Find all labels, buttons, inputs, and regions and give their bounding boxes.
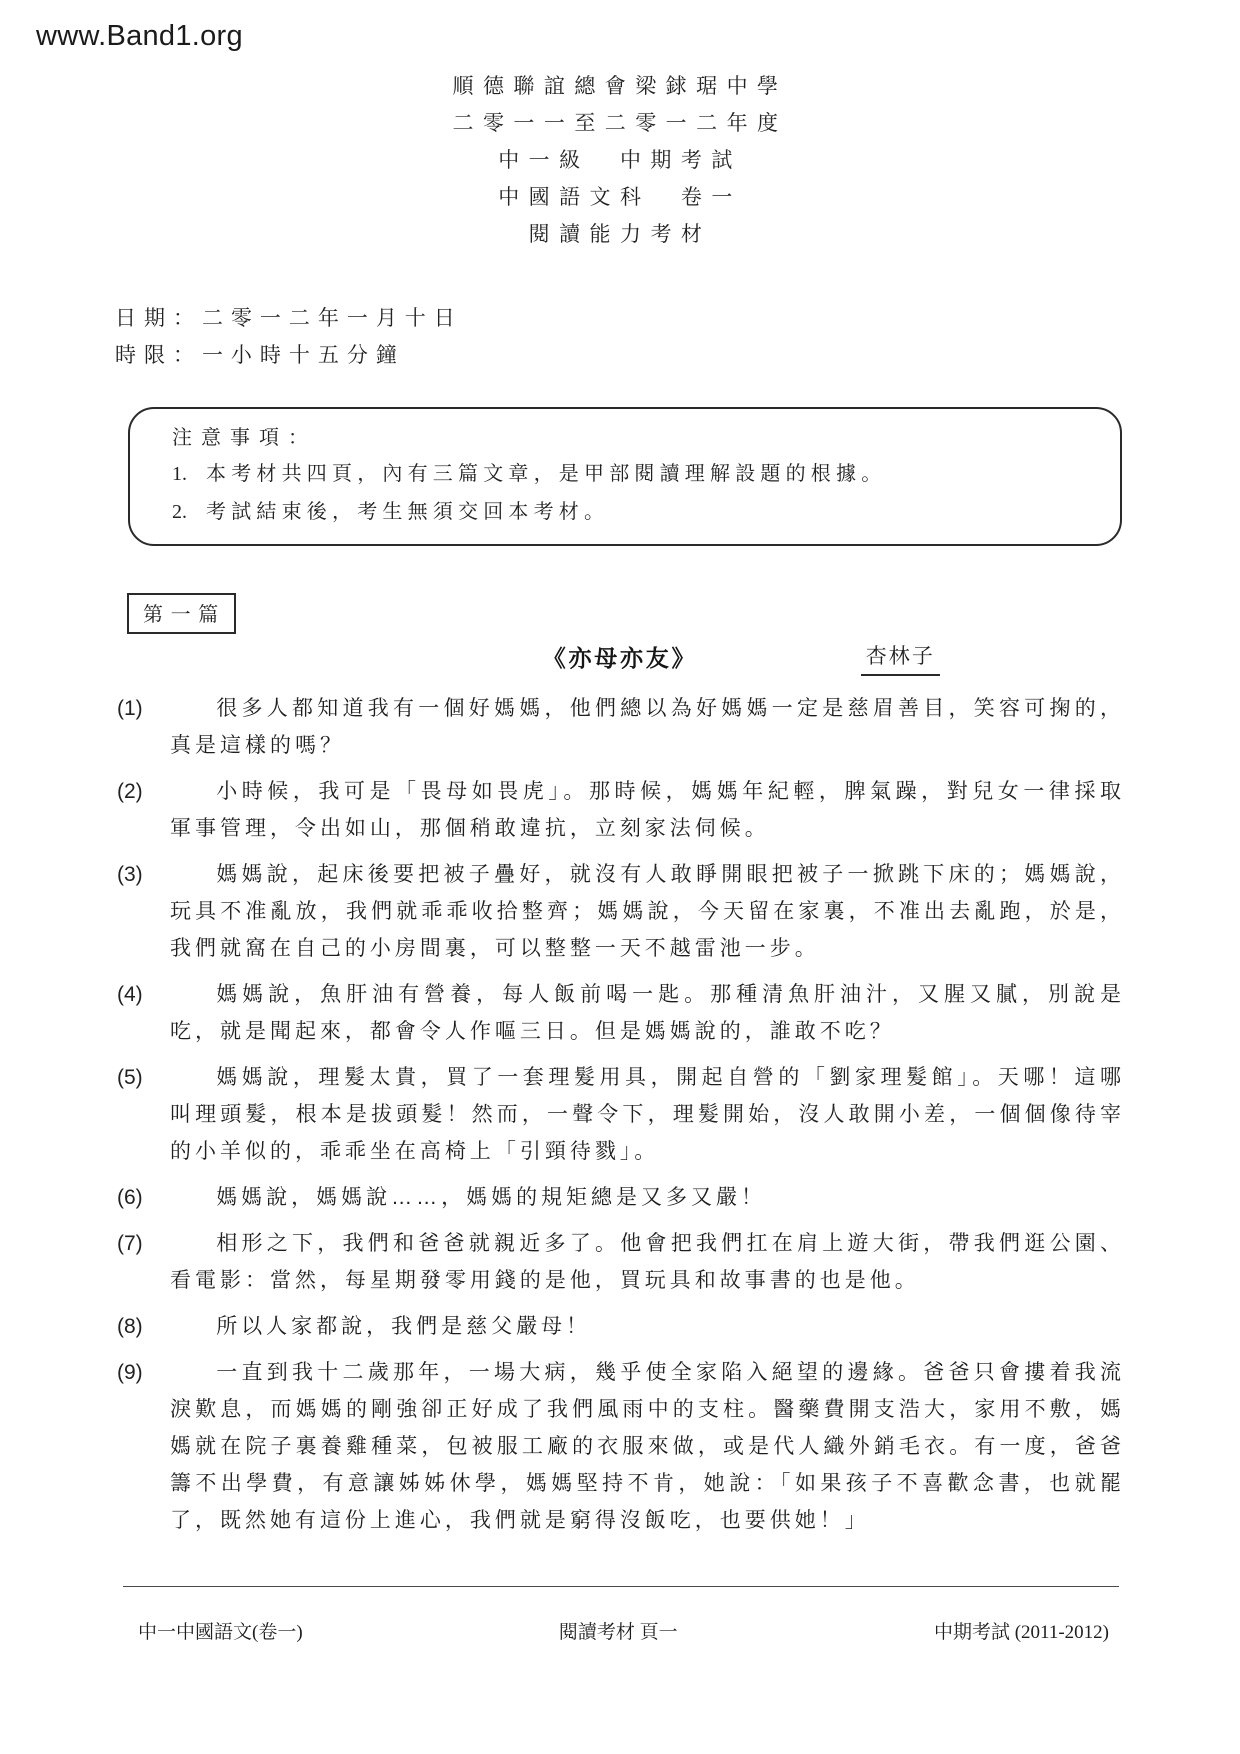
paragraph-text: 媽媽說，媽媽說……，媽媽的規矩總是又多又嚴！ — [170, 1179, 1125, 1216]
notice-item-text: 本考材共四頁，內有三篇文章，是甲部閱讀理解設題的根據。 — [206, 463, 886, 485]
subject-paper-line: 中國語文科 卷一 — [0, 179, 1240, 216]
paragraph-number: (2) — [117, 773, 143, 810]
article-title-row: 《亦母亦友》 杏林子 — [115, 640, 1125, 682]
school-year-line: 二零一一至二零一二年度 — [0, 105, 1240, 142]
paragraph: (1) 很多人都知道我有一個好媽媽，他們總以為好媽媽一定是慈眉善目，笑容可掬的，… — [115, 690, 1125, 764]
article-body: (1) 很多人都知道我有一個好媽媽，他們總以為好媽媽一定是慈眉善目，笑容可掬的，… — [115, 690, 1125, 1548]
notice-item: 1.本考材共四頁，內有三篇文章，是甲部閱讀理解設題的根據。 — [172, 460, 1090, 489]
article-author: 杏林子 — [861, 640, 940, 676]
paragraph: (3) 媽媽說，起床後要把被子疊好，就沒有人敢睜開眼把被子一掀跳下床的；媽媽說，… — [115, 856, 1125, 967]
footer-page-label: 閱讀考材 頁一 — [559, 1617, 678, 1644]
paragraph: (5) 媽媽說，理髮太貴，買了一套理髮用具，開起自營的「劉家理髮館」。天哪！這哪… — [115, 1059, 1125, 1170]
paper-title-line: 閱讀能力考材 — [0, 216, 1240, 253]
paragraph-text: 媽媽說，起床後要把被子疊好，就沒有人敢睜開眼把被子一掀跳下床的；媽媽說，玩具不准… — [170, 856, 1125, 967]
paragraph-number: (6) — [117, 1179, 143, 1216]
paragraph-number: (8) — [117, 1308, 143, 1345]
paragraph-text: 一直到我十二歲那年，一場大病，幾乎使全家陷入絕望的邊緣。爸爸只會摟着我流淚歎息，… — [170, 1354, 1125, 1539]
exam-header: 順德聯誼總會梁銶琚中學 二零一一至二零一二年度 中一級 中期考試 中國語文科 卷… — [0, 68, 1240, 253]
class-exam-line: 中一級 中期考試 — [0, 142, 1240, 179]
paragraph-text: 小時候，我可是「畏母如畏虎」。那時候，媽媽年紀輕，脾氣躁，對兒女一律採取軍事管理… — [170, 773, 1125, 847]
notice-item-number: 2. — [172, 498, 206, 527]
paragraph: (6) 媽媽說，媽媽說……，媽媽的規矩總是又多又嚴！ — [115, 1179, 1125, 1216]
exam-paper-page: www.Band1.org 順德聯誼總會梁銶琚中學 二零一一至二零一二年度 中一… — [0, 0, 1240, 1754]
footer-row: 中一中國語文(卷一) 閱讀考材 頁一 中期考試 (2011-2012) — [123, 1617, 1119, 1644]
paragraph-text: 媽媽說，魚肝油有營養，每人飯前喝一匙。那種清魚肝油汁，又腥又膩，別說是吃，就是聞… — [170, 976, 1125, 1050]
paragraph-number: (3) — [117, 856, 143, 893]
paragraph: (4) 媽媽說，魚肝油有營養，每人飯前喝一匙。那種清魚肝油汁，又腥又膩，別說是吃… — [115, 976, 1125, 1050]
footer-exam-label: 中期考試 (2011-2012) — [934, 1617, 1119, 1644]
paragraph-text: 相形之下，我們和爸爸就親近多了。他會把我們扛在肩上遊大街，帶我們逛公園、看電影：… — [170, 1225, 1125, 1299]
school-name-line: 順德聯誼總會梁銶琚中學 — [0, 68, 1240, 105]
watermark-url: www.Band1.org — [36, 20, 243, 53]
paragraph-number: (7) — [117, 1225, 143, 1262]
paragraph-number: (5) — [117, 1059, 143, 1096]
paragraph: (8) 所以人家都說，我們是慈父嚴母！ — [115, 1308, 1125, 1345]
exam-info: 日期：二零一二年一月十日 時限：一小時十五分鐘 — [115, 300, 463, 374]
paragraph-number: (4) — [117, 976, 143, 1013]
paragraph-text: 所以人家都說，我們是慈父嚴母！ — [170, 1308, 1125, 1345]
page-footer: 中一中國語文(卷一) 閱讀考材 頁一 中期考試 (2011-2012) — [123, 1586, 1119, 1644]
date-line: 日期：二零一二年一月十日 — [115, 300, 463, 337]
footer-rule — [123, 1586, 1119, 1587]
paragraph: (7) 相形之下，我們和爸爸就親近多了。他會把我們扛在肩上遊大街，帶我們逛公園、… — [115, 1225, 1125, 1299]
paragraph: (9) 一直到我十二歲那年，一場大病，幾乎使全家陷入絕望的邊緣。爸爸只會摟着我流… — [115, 1354, 1125, 1539]
notice-item: 2.考試結束後，考生無須交回本考材。 — [172, 498, 1090, 527]
paragraph-text: 媽媽說，理髮太貴，買了一套理髮用具，開起自營的「劉家理髮館」。天哪！這哪叫理頭髮… — [170, 1059, 1125, 1170]
notice-item-number: 1. — [172, 460, 206, 489]
notice-heading: 注意事項： — [172, 425, 1090, 451]
footer-course-label: 中一中國語文(卷一) — [123, 1617, 303, 1644]
time-limit-line: 時限：一小時十五分鐘 — [115, 337, 463, 374]
paragraph-number: (9) — [117, 1354, 143, 1391]
paragraph-number: (1) — [117, 690, 143, 727]
part-label: 第一篇 — [143, 604, 226, 626]
part-label-box: 第一篇 — [127, 593, 236, 634]
article-title: 《亦母亦友》 — [115, 640, 1125, 673]
paragraph-text: 很多人都知道我有一個好媽媽，他們總以為好媽媽一定是慈眉善目，笑容可掬的，真是這樣… — [170, 690, 1125, 764]
notice-item-text: 考試結束後，考生無須交回本考材。 — [206, 501, 609, 523]
notice-box: 注意事項： 1.本考材共四頁，內有三篇文章，是甲部閱讀理解設題的根據。 2.考試… — [128, 407, 1122, 546]
paragraph: (2) 小時候，我可是「畏母如畏虎」。那時候，媽媽年紀輕，脾氣躁，對兒女一律採取… — [115, 773, 1125, 847]
